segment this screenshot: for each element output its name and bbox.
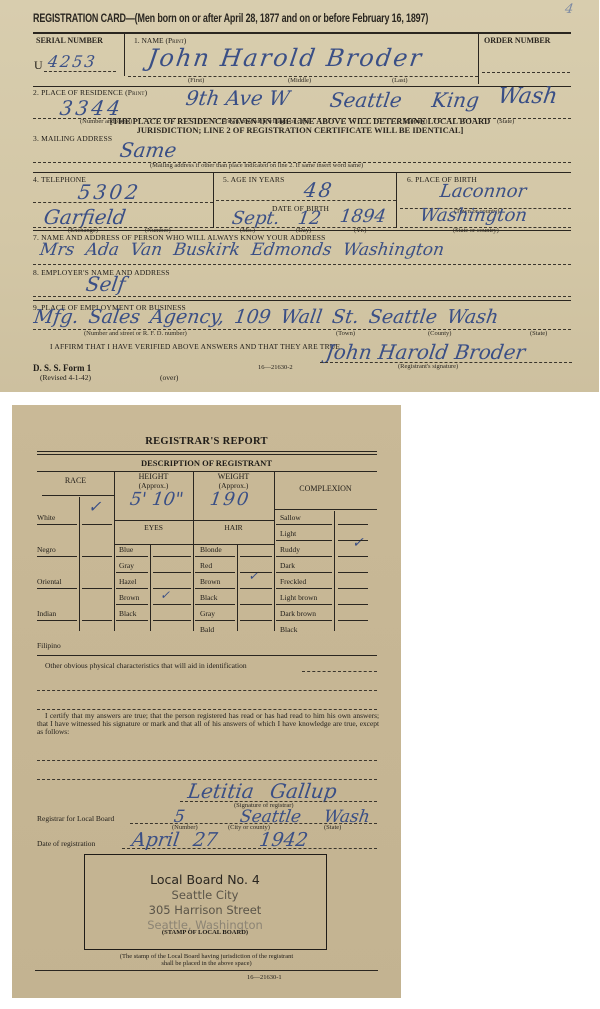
- employment-county-caption: (County): [428, 330, 451, 337]
- registrars-report-title: REGISTRAR'S REPORT: [12, 436, 401, 447]
- weight-header: WEIGHT: [193, 473, 274, 481]
- eye-option-gray: Gray: [119, 561, 134, 570]
- local-board-label: Registrar for Local Board: [37, 814, 114, 823]
- employment-street-caption: (Number and street or R. F. D. number): [84, 330, 187, 337]
- complexion-header: COMPLEXION: [274, 484, 377, 493]
- stamp-note-line2: shall be placed in the above space): [12, 960, 401, 968]
- stamp-line-1: Local Board No. 4: [85, 872, 325, 887]
- complexion-option-light: Light: [280, 529, 296, 538]
- race-option-filipino: Filipino: [37, 641, 61, 650]
- registration-card-front: 4 REGISTRATION CARD—(Men born on or afte…: [0, 0, 599, 392]
- local-board-state-caption: (State): [324, 824, 341, 831]
- eyes-header: EYES: [114, 523, 193, 532]
- registrar-signature: Letitia Gallup: [186, 779, 338, 803]
- registrant-name: John Harold Broder: [146, 44, 425, 72]
- residence-town: Seattle: [328, 88, 403, 112]
- race-option-white: White: [37, 513, 55, 522]
- registration-card-back: REGISTRAR'S REPORT DESCRIPTION OF REGIST…: [12, 405, 401, 998]
- registration-date-label: Date of registration: [37, 839, 95, 848]
- form-id: D. S. S. Form 1: [33, 363, 91, 373]
- complexion-option-freckled: Freckled: [280, 577, 306, 586]
- hair-option-black: Black: [200, 593, 218, 602]
- signature-caption: (Registrant's signature): [398, 363, 458, 370]
- middle-name-caption: (Middle): [288, 77, 311, 84]
- eye-option-black: Black: [119, 609, 137, 618]
- height-value: 5' 10": [129, 489, 185, 510]
- description-subtitle: DESCRIPTION OF REGISTRANT: [12, 458, 401, 468]
- complexion-option-dark-brown: Dark brown: [280, 609, 316, 618]
- complexion-option-light-brown: Light brown: [280, 593, 317, 602]
- affirmation-text: I AFFIRM THAT I HAVE VERIFIED ABOVE ANSW…: [50, 342, 342, 351]
- employment-place-value: Mfg. Sales Agency, 109 Wall St. Seattle …: [32, 306, 499, 328]
- hair-option-red: Red: [200, 561, 212, 570]
- complexion-option-ruddy: Ruddy: [280, 545, 300, 554]
- birth-town: Laconnor: [439, 181, 528, 202]
- stamp-line-2: Seattle City: [85, 888, 325, 902]
- serial-number-value: 4253: [47, 52, 98, 71]
- race-header: RACE: [37, 476, 114, 485]
- stamp-line-3: 305 Harrison Street: [85, 903, 325, 917]
- race-option-negro: Negro: [37, 545, 56, 554]
- telephone-label: 4. TELEPHONE: [33, 175, 86, 184]
- residence-state: Wash: [496, 84, 559, 109]
- mailing-address-label: 3. MAILING ADDRESS: [33, 134, 112, 143]
- race-white-check-icon: ✓: [88, 497, 101, 516]
- eye-option-brown: Brown: [119, 593, 139, 602]
- employment-town-caption: (Town): [336, 330, 355, 337]
- telephone-exchange: Garfield: [42, 205, 127, 229]
- complexion-option-black: Black: [280, 625, 298, 634]
- dob-month: Sept.: [231, 208, 281, 229]
- contact-person-value: Mrs Ada Van Buskirk Edmonds Washington: [39, 240, 446, 260]
- last-name-caption: (Last): [392, 77, 408, 84]
- age-value: 48: [302, 178, 335, 202]
- hair-option-brown: Brown: [200, 577, 220, 586]
- over-label: (over): [160, 373, 178, 382]
- dob-day: 12: [297, 208, 323, 229]
- race-option-oriental: Oriental: [37, 577, 62, 586]
- weight-value: 190: [209, 489, 252, 510]
- hair-option-bald: Bald: [200, 625, 214, 634]
- hair-header: HAIR: [193, 523, 274, 532]
- eye-brown-check-icon: ✓: [160, 588, 170, 602]
- eye-option-hazel: Hazel: [119, 577, 137, 586]
- mailing-address-value: Same: [118, 138, 178, 162]
- registrant-signature: John Harold Broder: [324, 340, 527, 364]
- back-print-code: 16—21630-1: [247, 974, 282, 981]
- employment-state-caption: (State): [530, 330, 547, 337]
- complexion-ruddy-check-icon: ✓: [352, 535, 364, 551]
- serial-number-label: SERIAL NUMBER: [36, 36, 103, 45]
- serial-prefix: U: [34, 58, 43, 73]
- card-title: REGISTRATION CARD—(Men born on or after …: [33, 13, 428, 25]
- registration-date-value: April 27 1942: [130, 829, 309, 851]
- race-option-indian: Indian: [37, 609, 56, 618]
- dob-year: 1894: [339, 206, 388, 227]
- other-characteristics-label: Other obvious physical characteristics t…: [45, 661, 247, 670]
- employer-value: Self: [84, 272, 127, 296]
- certify-text: I certify that my answers are true; that…: [37, 712, 379, 736]
- mailing-address-caption: (Mailing address if other than place ind…: [150, 162, 363, 169]
- order-number-label: ORDER NUMBER: [484, 36, 550, 45]
- local-board-stamp-box: Local Board No. 4 Seattle City 305 Harri…: [84, 854, 327, 950]
- complexion-option-sallow: Sallow: [280, 513, 301, 522]
- residence-street: 9th Ave W: [184, 86, 291, 110]
- front-print-code: 16—21630-2: [258, 364, 293, 371]
- birth-state: Washington: [419, 205, 529, 226]
- page-number: 4: [564, 2, 574, 17]
- form-revised: (Revised 4-1-42): [40, 373, 91, 382]
- residence-county: King: [430, 88, 480, 112]
- complexion-option-dark: Dark: [280, 561, 295, 570]
- telephone-number: 5302: [76, 180, 142, 204]
- first-name-caption: (First): [188, 77, 204, 84]
- jurisdiction-notice-line2: JURISDICTION; LINE 2 OF REGISTRATION CER…: [60, 125, 540, 135]
- stamp-caption: (STAMP OF LOCAL BOARD): [85, 929, 325, 936]
- height-header: HEIGHT: [114, 473, 193, 481]
- age-label: 5. AGE IN YEARS: [223, 175, 284, 184]
- hair-option-blonde: Blonde: [200, 545, 222, 554]
- eye-option-blue: Blue: [119, 545, 133, 554]
- hair-option-gray: Gray: [200, 609, 215, 618]
